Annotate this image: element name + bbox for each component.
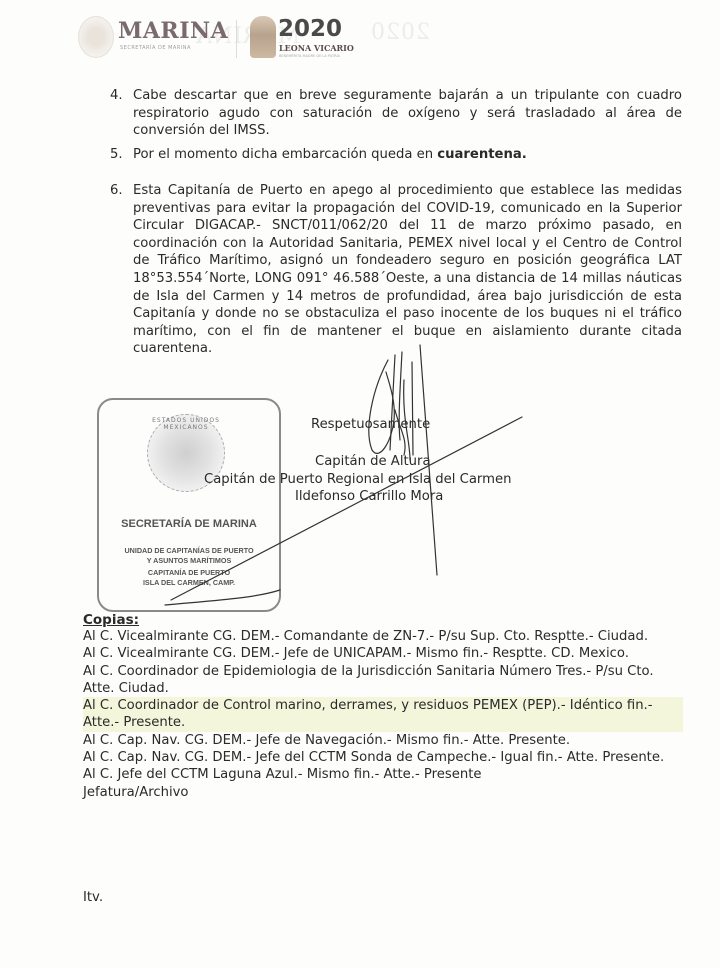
stamp-line: UNIDAD DE CAPITANÍAS DE PUERTO [99, 546, 279, 555]
copy-recipient: Al C. Coordinador de Epidemiologia de la… [83, 663, 683, 698]
header-honoree-subtitle: BENEMÉRITA MADRE DE LA PATRIA [279, 54, 340, 58]
item-text-bold: cuarentena. [437, 147, 527, 162]
copy-recipient: Al C. Vicealmirante CG. DEM.- Jefe de UN… [83, 645, 683, 662]
copy-recipient-highlighted: Al C. Coordinador de Control marino, der… [83, 697, 683, 732]
item-number: 5. [110, 146, 123, 164]
letterhead: MARINA SECRETARÍA DE MARINA 2020 LEONA V… [78, 14, 368, 66]
item-text: Esta Capitanía de Puerto en apego al pro… [133, 182, 682, 358]
copy-recipient: Al C. Cap. Nav. CG. DEM.- Jefe de Navega… [83, 732, 683, 749]
numbered-item-4: 4. Cabe descartar que en breve seguramen… [110, 87, 682, 140]
brand-name: MARINA [118, 18, 228, 44]
stamp-line: Y ASUNTOS MARÍTIMOS [99, 556, 279, 565]
emblem-text: ESTADOS UNIDOS MEXICANOS [148, 417, 224, 431]
copies-title: Copias: [83, 612, 139, 628]
item-text: Por el momento dicha embarcación queda e… [133, 146, 682, 164]
item-number: 6. [110, 182, 123, 200]
stamp-title: SECRETARÍA DE MARINA [99, 518, 279, 530]
item-text-plain: Por el momento dicha embarcación queda e… [133, 147, 437, 162]
stamp-line: ISLA DEL CARMEN, CAMP. [99, 578, 279, 587]
brand-subtitle: SECRETARÍA DE MARINA [120, 45, 191, 51]
official-stamp: ESTADOS UNIDOS MEXICANOS SECRETARÍA DE M… [97, 398, 281, 612]
numbered-item-5: 5. Por el momento dicha embarcación qued… [110, 146, 682, 164]
header-honoree: LEONA VICARIO [279, 43, 354, 53]
signer-rank: Capitán de Altura [315, 453, 431, 470]
numbered-item-6: 6. Esta Capitanía de Puerto en apego al … [110, 182, 682, 358]
header-divider [236, 20, 237, 58]
document-page: 2020 MARINA MARINA SECRETARÍA DE MARINA … [0, 0, 720, 968]
leona-vicario-portrait-icon [250, 16, 276, 58]
header-year: 2020 [278, 16, 342, 42]
item-text: Cabe descartar que en breve seguramente … [133, 87, 682, 140]
copy-recipient: Al C. Cap. Nav. CG. DEM.- Jefe del CCTM … [83, 749, 683, 766]
closing: Respetuosamente [311, 416, 430, 433]
mexico-coat-of-arms-icon [78, 16, 114, 58]
signer-position: Capitán de Puerto Regional en Isla del C… [204, 471, 511, 488]
typist-initials: Itv. [83, 890, 103, 905]
stamp-line: CAPITANÍA DE PUERTO [99, 568, 279, 577]
signer-name: Ildefonso Carrillo Mora [295, 488, 443, 505]
copy-recipient: Jefatura/Archivo [83, 784, 683, 801]
copy-recipient: Al C. Vicealmirante CG. DEM.- Comandante… [83, 628, 683, 645]
copy-recipient: Al C. Jefe del CCTM Laguna Azul.- Mismo … [83, 766, 683, 783]
copies-list: Al C. Vicealmirante CG. DEM.- Comandante… [83, 628, 683, 801]
item-number: 4. [110, 87, 123, 105]
